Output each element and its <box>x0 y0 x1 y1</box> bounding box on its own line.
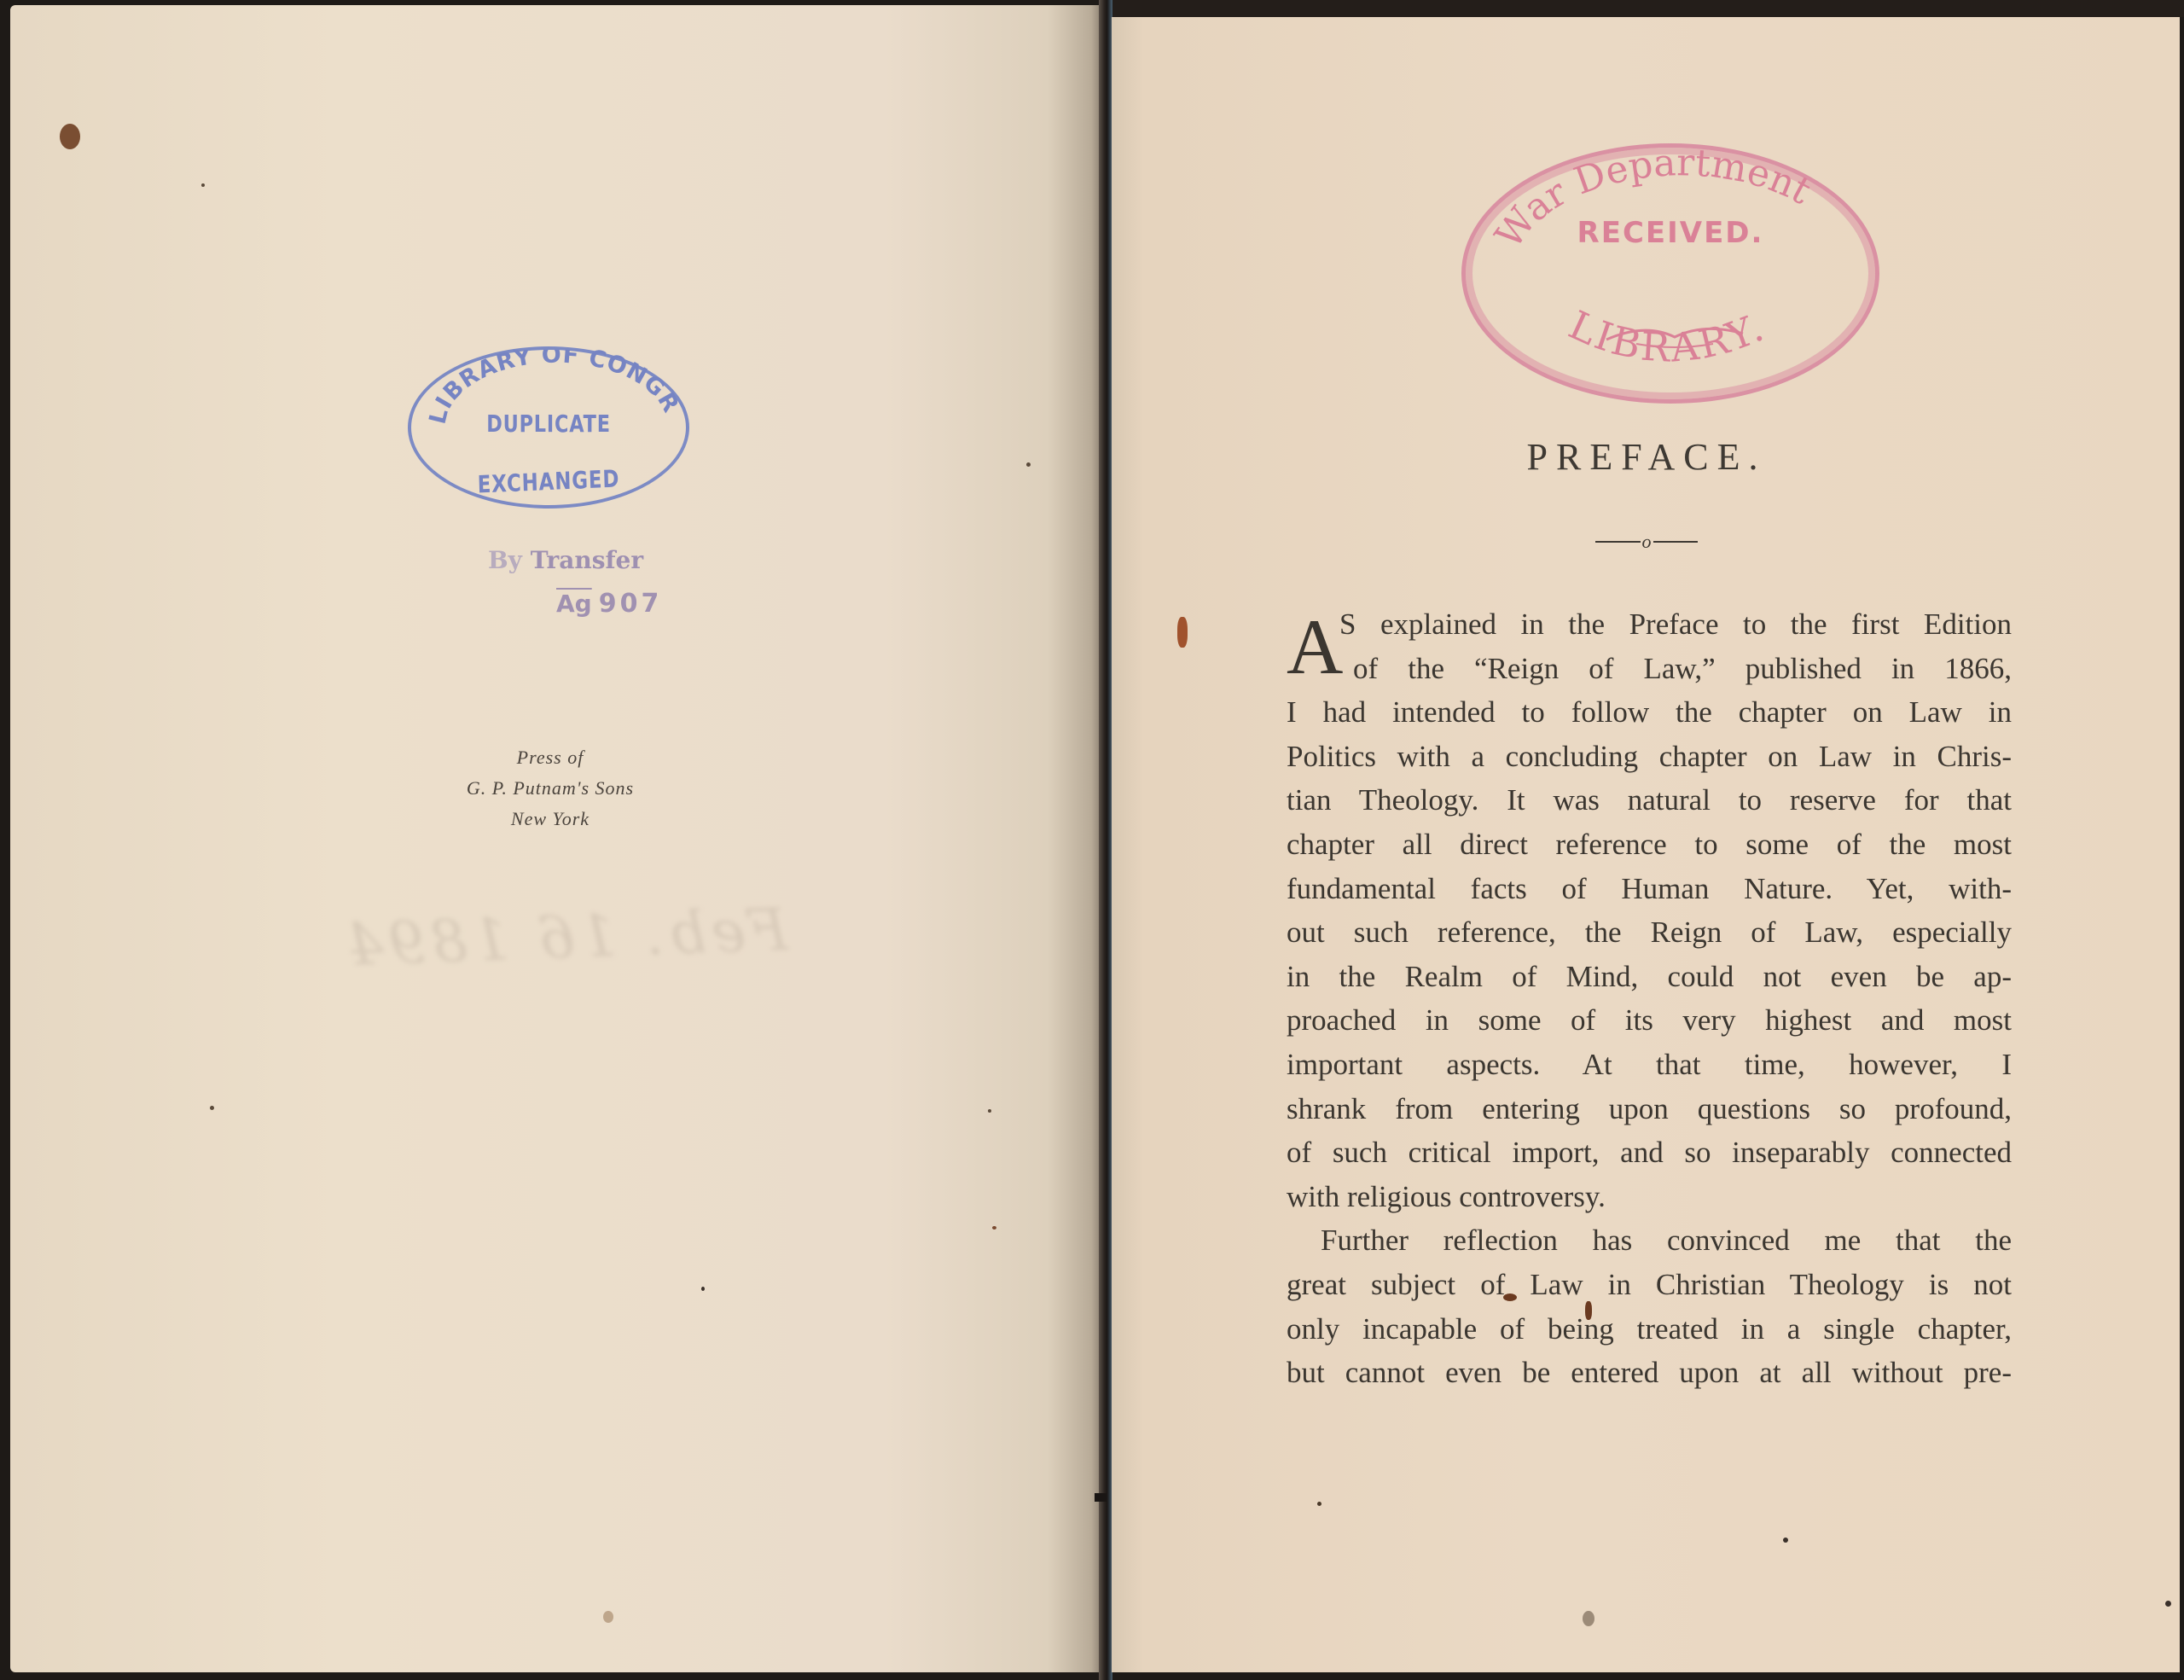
text-line: in the Realm of Mind, could not even be … <box>1287 955 2012 999</box>
text-line: only incapable of being treated in a sin… <box>1287 1307 2012 1352</box>
stain-spot <box>992 1226 996 1229</box>
text-line: Further reflection has convinced me that… <box>1287 1218 2012 1263</box>
stamp-received-text: RECEIVED. <box>1466 216 1875 250</box>
imprint-line-1: Press of <box>409 742 691 773</box>
stain-spot <box>701 1287 705 1291</box>
text-line: fundamental facts of Human Nature. Yet, … <box>1287 867 2012 911</box>
text-line: tian Theology. It was natural to reserve… <box>1287 778 2012 823</box>
by-text: By <box>488 546 522 574</box>
text-line: out such reference, the Reign of Law, es… <box>1287 910 2012 955</box>
title-ornament: o <box>1595 529 1698 555</box>
war-department-library-stamp: War Department LIBRARY. RECEIVED. <box>1461 143 1879 404</box>
text-line: S explained in the Preface to the first … <box>1287 602 2012 647</box>
stain-spot <box>60 124 80 149</box>
stain-spot <box>1026 462 1031 467</box>
date-month: Ag <box>556 590 592 618</box>
transfer-date-stamp: Ag907 <box>556 589 662 619</box>
stain-spot <box>1503 1293 1517 1301</box>
text-line: chapter all direct reference to some of … <box>1287 823 2012 867</box>
imprint-line-3: New York <box>409 804 691 834</box>
by-transfer-stamp: By Transfer <box>488 546 643 574</box>
stain-spot <box>201 183 205 187</box>
printer-imprint: Press of G. P. Putnam's Sons New York <box>409 742 691 834</box>
stain-spot <box>1317 1502 1321 1506</box>
stain-spot <box>1583 1611 1594 1626</box>
text-line: Politics with a concluding chapter on La… <box>1287 735 2012 779</box>
book-spine-gutter <box>1099 0 1112 1680</box>
stain-spot <box>1585 1301 1592 1320</box>
text-line: important aspects. At that time, however… <box>1287 1043 2012 1087</box>
stain-spot <box>988 1109 991 1113</box>
ornament-rule-left <box>1595 541 1641 543</box>
stain-spot <box>603 1611 613 1623</box>
preface-body: S explained in the Preface to the first … <box>1287 602 2012 1395</box>
date-digits: 907 <box>599 589 663 619</box>
ornament-glyph: o <box>1642 532 1652 551</box>
stamp-duplicate-text: DUPLICATE <box>439 410 659 438</box>
spine-tear <box>1095 1493 1107 1502</box>
stain-spot <box>1177 617 1188 648</box>
library-of-congress-stamp: LIBRARY OF CONGRESS DUPLICATE EXCHANGED <box>408 346 689 509</box>
text-line: I had intended to follow the chapter on … <box>1287 690 2012 735</box>
stain-spot <box>210 1106 214 1110</box>
text-line: of the “Reign of Law,” published in 1866… <box>1287 647 2012 691</box>
text-line: but cannot even be entered upon at all w… <box>1287 1351 2012 1395</box>
ornament-rule-right <box>1653 541 1699 543</box>
text-line: with religious controversy. <box>1287 1175 2012 1219</box>
stain-spot <box>2165 1601 2171 1607</box>
svg-text:LIBRARY.: LIBRARY. <box>1562 301 1772 370</box>
page-title: PREFACE. <box>1450 435 1843 479</box>
scan-background-top <box>1109 0 2184 17</box>
imprint-line-2: G. P. Putnam's Sons <box>409 773 691 804</box>
left-page <box>10 5 1102 1672</box>
text-line: of such critical import, and so insepara… <box>1287 1131 2012 1175</box>
text-line: proached in some of its very highest and… <box>1287 998 2012 1043</box>
stain-spot <box>1783 1538 1788 1543</box>
transfer-text: Transfer <box>531 546 643 574</box>
stamp-arc-text: War Department LIBRARY. <box>1466 148 1884 408</box>
text-line: shrank from entering upon questions so p… <box>1287 1087 2012 1131</box>
text-line: great subject of Law in Christian Theolo… <box>1287 1263 2012 1307</box>
